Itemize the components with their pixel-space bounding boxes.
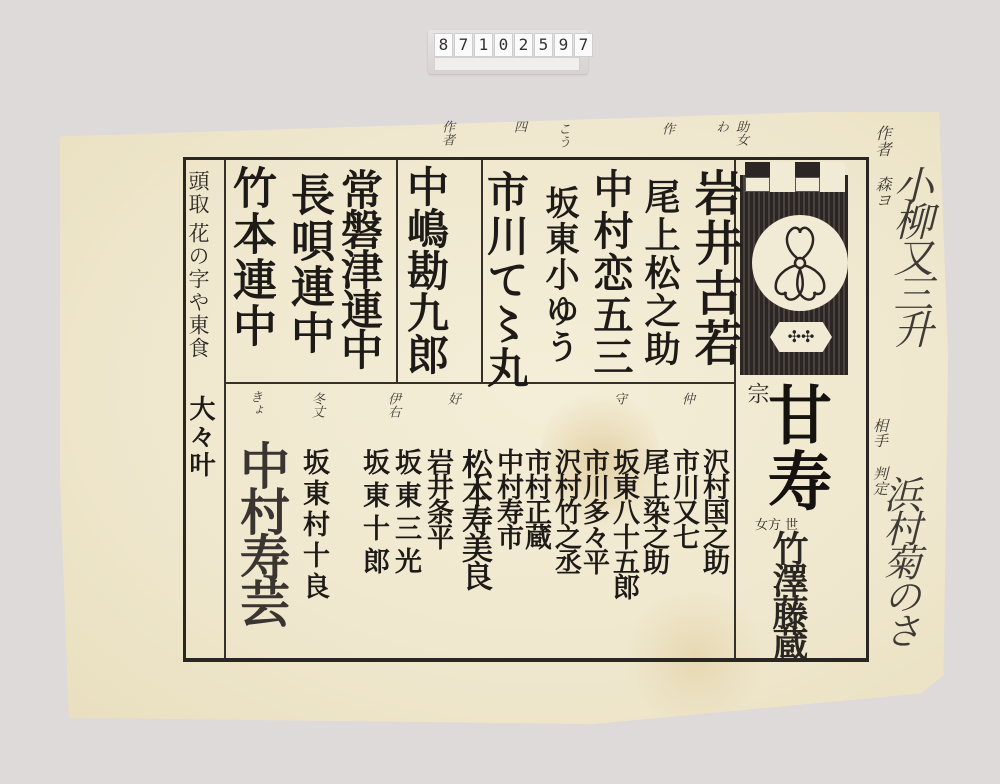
handwritten-note: 浜村菊のさ [880,475,918,645]
catalog-label: 8 7 1 0 2 5 9 7 [428,30,588,74]
performer-column: 市川て〻丸 [484,170,526,390]
performer-column-large: 中村寿芸 [236,440,286,624]
handwritten-note: こう [556,122,569,148]
performer-column: 竹本連中 [228,165,272,349]
performer-column: 坂東村十良 [300,448,327,603]
handwritten-note: 冬丈 [310,392,323,418]
performer-column: 沢村国之助 [700,448,727,573]
catalog-digit: 2 [514,33,533,57]
performer-column: 長唄連中 [286,172,330,356]
performer-column: 中村恋五三 [590,168,630,378]
performer-column: 坂東小ゆう [542,185,576,365]
performer-column: 坂東三光 [392,448,419,580]
catalog-number: 8 7 1 0 2 5 9 7 [434,33,593,57]
handwritten-note: 好 [446,392,459,405]
catalog-digit: 1 [474,33,493,57]
performer-column: 岩井古若 [690,168,738,368]
performer-column: 市川多々平 [580,448,607,573]
handwritten-note: きょ [248,390,261,416]
handwritten-note: 作 [660,122,673,135]
performer-column: 坂東十郎 [360,448,387,580]
handwritten-note: 四 [512,120,525,133]
left-column: 大々叶 [187,395,213,479]
performer-column: 市川又七 [670,448,697,548]
performer-column: 尾上染之助 [640,448,667,573]
performer-column: 常磐津連中 [338,168,380,368]
performer-column: 岩井条平 [424,448,451,548]
catalog-digit: 8 [434,33,453,57]
catalog-digit: 9 [554,33,573,57]
zamoto-main: 甘寿 [762,382,826,514]
performer-column: 中村寿市 [494,448,521,548]
zamoto-name: 竹澤藤蔵 [770,530,806,658]
performer-column: 坂東八十五郎 [610,448,637,598]
performer-column: 市村正蔵 [522,448,549,548]
handwritten-note: 助女 [734,120,747,146]
divider [396,160,398,382]
performer-column: 尾上松之助 [642,178,678,368]
catalog-digit: 7 [454,33,473,57]
catalog-strip [434,57,580,71]
handwritten-note: わ [714,120,727,133]
divider [224,382,734,384]
performer-column: 中嶋勘九郎 [404,165,446,375]
header-label: 頭取 [187,170,208,216]
handwritten-note: 仲 [680,392,693,405]
catalog-digit: 0 [494,33,513,57]
handwritten-note: 伊右 [386,392,399,418]
catalog-digit: 5 [534,33,553,57]
performer-column: 松本寿美良 [458,448,489,588]
performer-column: 沢村竹之丞 [552,448,579,573]
handwritten-note: 作者 [440,120,453,146]
handwritten-note: 小柳又三升 [890,165,930,345]
handwritten-note: 守 [612,392,625,405]
header-column: 花の字や東食 [187,222,208,360]
catalog-digit: 7 [574,33,593,57]
